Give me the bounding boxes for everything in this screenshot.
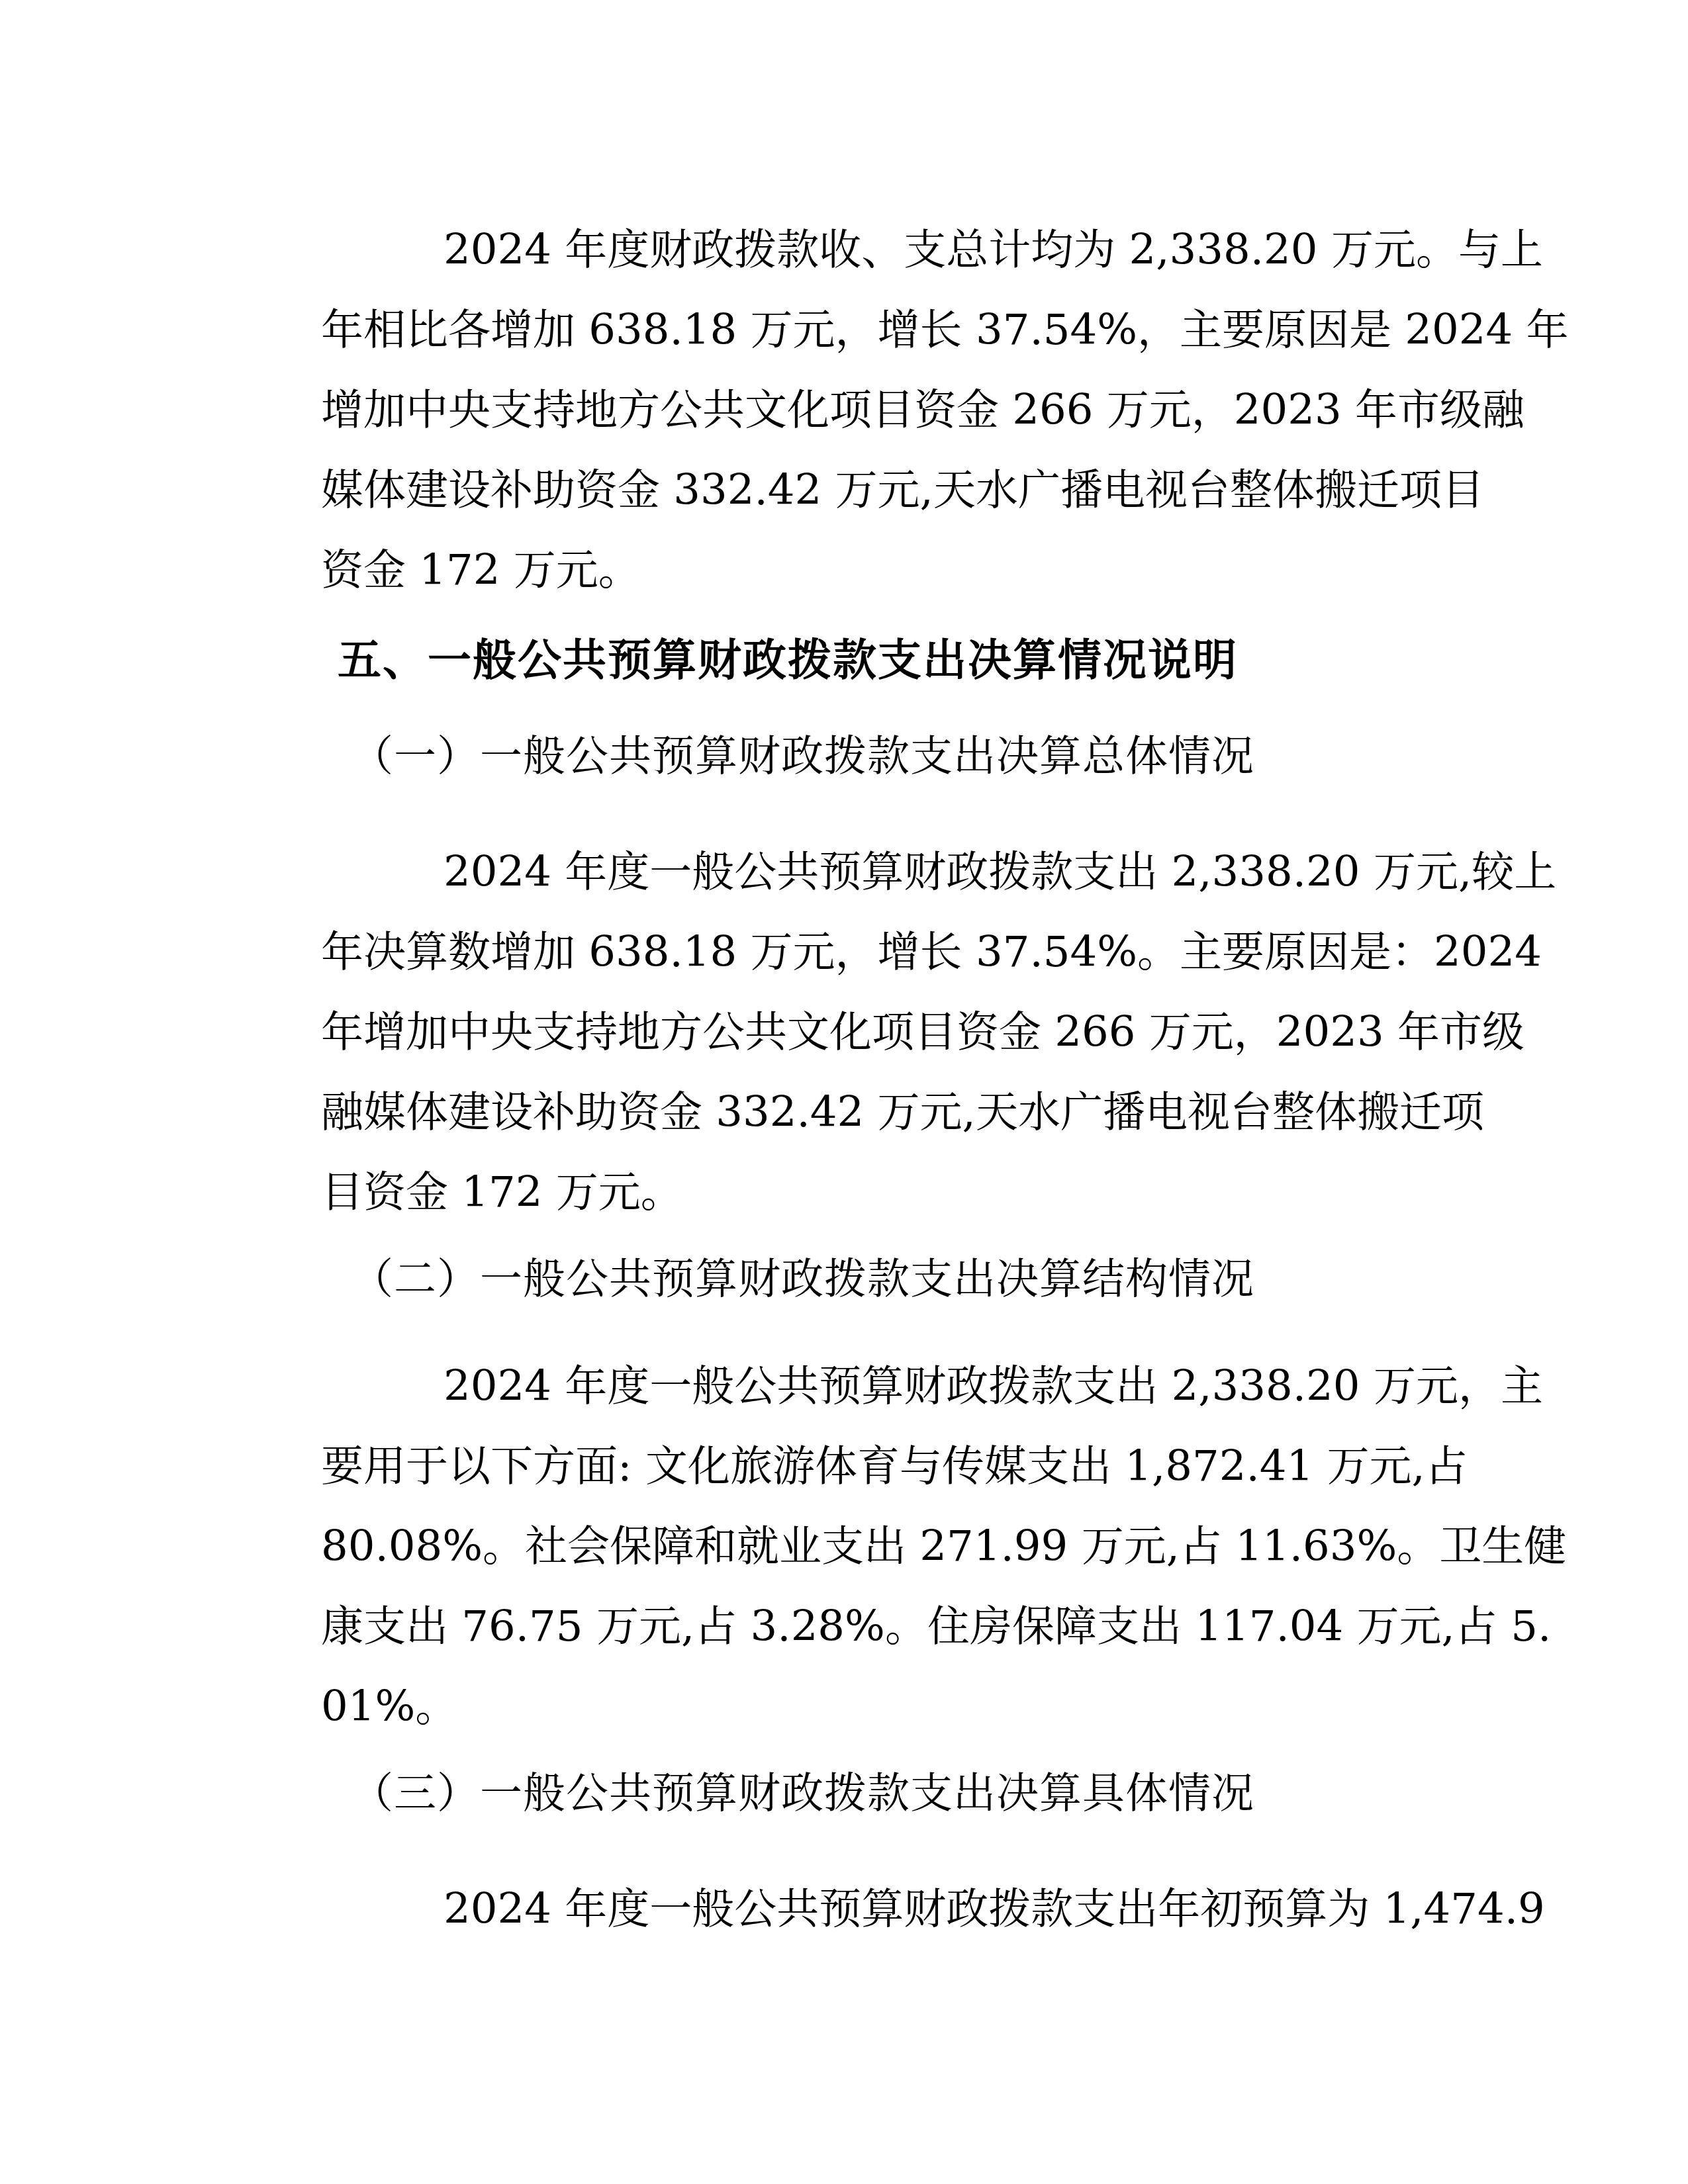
subsection-2-line-4: 康支出 76.75 万元,占 3.28%。住房保障支出 117.04 万元,占 … — [321, 1600, 1423, 1653]
paragraph-1-line-2: 年相比各增加 638.18 万元，增长 37.54%，主要原因是 2024 年 — [321, 304, 1423, 357]
document-page: 2024 年度财政拨款收、支总计均为 2,338.20 万元。与上 年相比各增加… — [0, 0, 1688, 2184]
subsection-2-line-3: 80.08%。社会保障和就业支出 271.99 万元,占 11.63%。卫生健 — [321, 1520, 1423, 1573]
section-heading: 五、一般公共预算财政拨款支出决算情况说明 — [338, 634, 1238, 687]
paragraph-1-line-5: 资金 172 万元。 — [321, 544, 1423, 597]
subsection-1-line-5: 目资金 172 万元。 — [321, 1166, 1423, 1219]
subsection-2-heading: （二）一般公共预算财政拨款支出决算结构情况 — [351, 1253, 1254, 1306]
subsection-1-heading: （一）一般公共预算财政拨款支出决算总体情况 — [351, 730, 1254, 783]
subsection-2-line-1: 2024 年度一般公共预算财政拨款支出 2,338.20 万元，主 — [444, 1360, 1423, 1413]
subsection-1-line-1: 2024 年度一般公共预算财政拨款支出 2,338.20 万元,较上 — [444, 846, 1423, 899]
subsection-3-line-1: 2024 年度一般公共预算财政拨款支出年初预算为 1,474.9 — [444, 1883, 1423, 1936]
subsection-3-heading: （三）一般公共预算财政拨款支出决算具体情况 — [351, 1767, 1254, 1820]
paragraph-1-line-3: 增加中央支持地方公共文化项目资金 266 万元，2023 年市级融 — [321, 384, 1423, 437]
subsection-1-line-2: 年决算数增加 638.18 万元，增长 37.54%。主要原因是：2024 — [321, 926, 1423, 979]
subsection-1-line-3: 年增加中央支持地方公共文化项目资金 266 万元，2023 年市级 — [321, 1006, 1423, 1059]
paragraph-1-line-1: 2024 年度财政拨款收、支总计均为 2,338.20 万元。与上 — [444, 224, 1423, 277]
subsection-1-line-4: 融媒体建设补助资金 332.42 万元,天水广播电视台整体搬迁项 — [321, 1086, 1423, 1139]
subsection-2-line-2: 要用于以下方面: 文化旅游体育与传媒支出 1,872.41 万元,占 — [321, 1440, 1423, 1493]
paragraph-1-line-4: 媒体建设补助资金 332.42 万元,天水广播电视台整体搬迁项目 — [321, 464, 1423, 517]
subsection-2-line-5: 01%。 — [321, 1680, 1423, 1733]
